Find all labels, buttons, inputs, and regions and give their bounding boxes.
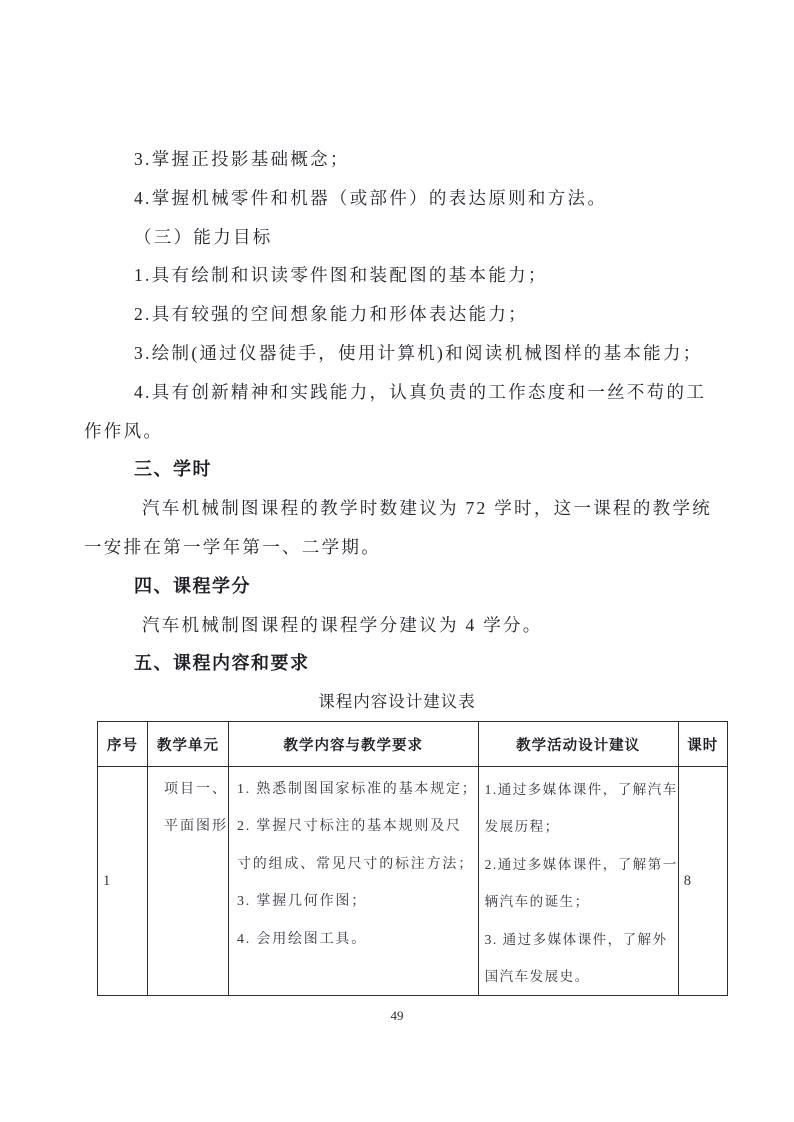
- row-number-cell: 1: [98, 767, 148, 996]
- activity-line: 2.通过多媒体课件，了解第一: [485, 846, 678, 883]
- body-text-line: 3.掌握正投影基础概念；: [84, 140, 724, 179]
- header-cell-no: 序号: [98, 722, 148, 767]
- hours-cell: 8: [678, 767, 727, 996]
- section-heading-credits: 四、课程学分: [84, 567, 724, 606]
- body-text-line: 作作风。: [84, 412, 724, 451]
- body-text-line: 2.具有较强的空间想象能力和形体表达能力；: [84, 295, 724, 334]
- content-line: 4. 会用绘图工具。: [237, 921, 478, 958]
- subsection-heading: （三）能力目标: [84, 218, 724, 257]
- activity-line: 发展历程；: [485, 808, 678, 845]
- unit-line: 项目一、: [164, 771, 228, 808]
- body-text-line: 1.具有绘制和识读零件图和装配图的基本能力；: [84, 256, 724, 295]
- body-text-line: 4.掌握机械零件和机器（或部件）的表达原则和方法。: [84, 179, 724, 218]
- content-line: 寸的组成、常见尺寸的标注方法；: [237, 846, 478, 883]
- activity-line: 辆汽车的诞生；: [485, 883, 678, 920]
- page-number: 49: [0, 1008, 794, 1024]
- body-text: 3.掌握正投影基础概念； 4.掌握机械零件和机器（或部件）的表达原则和方法。 （…: [84, 140, 724, 722]
- table-row: 1 项目一、 平面图形 1. 熟悉制图国家标准的基本规定； 2. 掌握尺寸标注的…: [98, 767, 728, 996]
- activity-line: 1.通过多媒体课件，了解汽车: [485, 771, 678, 808]
- content-line: 3. 掌握几何作图；: [237, 883, 478, 920]
- header-cell-activity: 教学活动设计建议: [478, 722, 678, 767]
- header-cell-unit: 教学单元: [148, 722, 229, 767]
- body-text-line: 4.具有创新精神和实践能力，认真负责的工作态度和一丝不苟的工: [84, 373, 724, 412]
- table-title: 课程内容设计建议表: [84, 683, 710, 722]
- header-cell-hours: 课时: [678, 722, 727, 767]
- activity-line: 3. 通过多媒体课件，了解外: [485, 921, 678, 958]
- body-text-line: 一安排在第一学年第一、二学期。: [84, 528, 724, 567]
- activity-suggestions-cell: 1.通过多媒体课件，了解汽车 发展历程； 2.通过多媒体课件，了解第一 辆汽车的…: [478, 767, 678, 996]
- content-line: 1. 熟悉制图国家标准的基本规定；: [237, 771, 478, 808]
- body-text-line: 汽车机械制图课程的教学时数建议为 72 学时，这一课程的教学统: [84, 489, 724, 528]
- activity-line: 国汽车发展史。: [485, 958, 678, 995]
- header-cell-content: 教学内容与教学要求: [229, 722, 479, 767]
- document-page: 3.掌握正投影基础概念； 4.掌握机械零件和机器（或部件）的表达原则和方法。 （…: [0, 0, 794, 1122]
- content-line: 2. 掌握尺寸标注的基本规则及尺: [237, 808, 478, 845]
- section-heading-content: 五、课程内容和要求: [84, 644, 724, 683]
- course-content-table: 序号 教学单元 教学内容与教学要求 教学活动设计建议 课时 1 项目一、 平面图…: [97, 721, 728, 996]
- unit-cell: 项目一、 平面图形: [148, 767, 229, 996]
- table-header-row: 序号 教学单元 教学内容与教学要求 教学活动设计建议 课时: [98, 722, 728, 767]
- body-text-line: 汽车机械制图课程的课程学分建议为 4 学分。: [84, 606, 724, 645]
- unit-line: 平面图形: [164, 808, 228, 845]
- section-heading-hours: 三、学时: [84, 450, 724, 489]
- body-text-line: 3.绘制(通过仪器徒手，使用计算机)和阅读机械图样的基本能力；: [84, 334, 724, 373]
- content-requirements-cell: 1. 熟悉制图国家标准的基本规定； 2. 掌握尺寸标注的基本规则及尺 寸的组成、…: [229, 767, 479, 996]
